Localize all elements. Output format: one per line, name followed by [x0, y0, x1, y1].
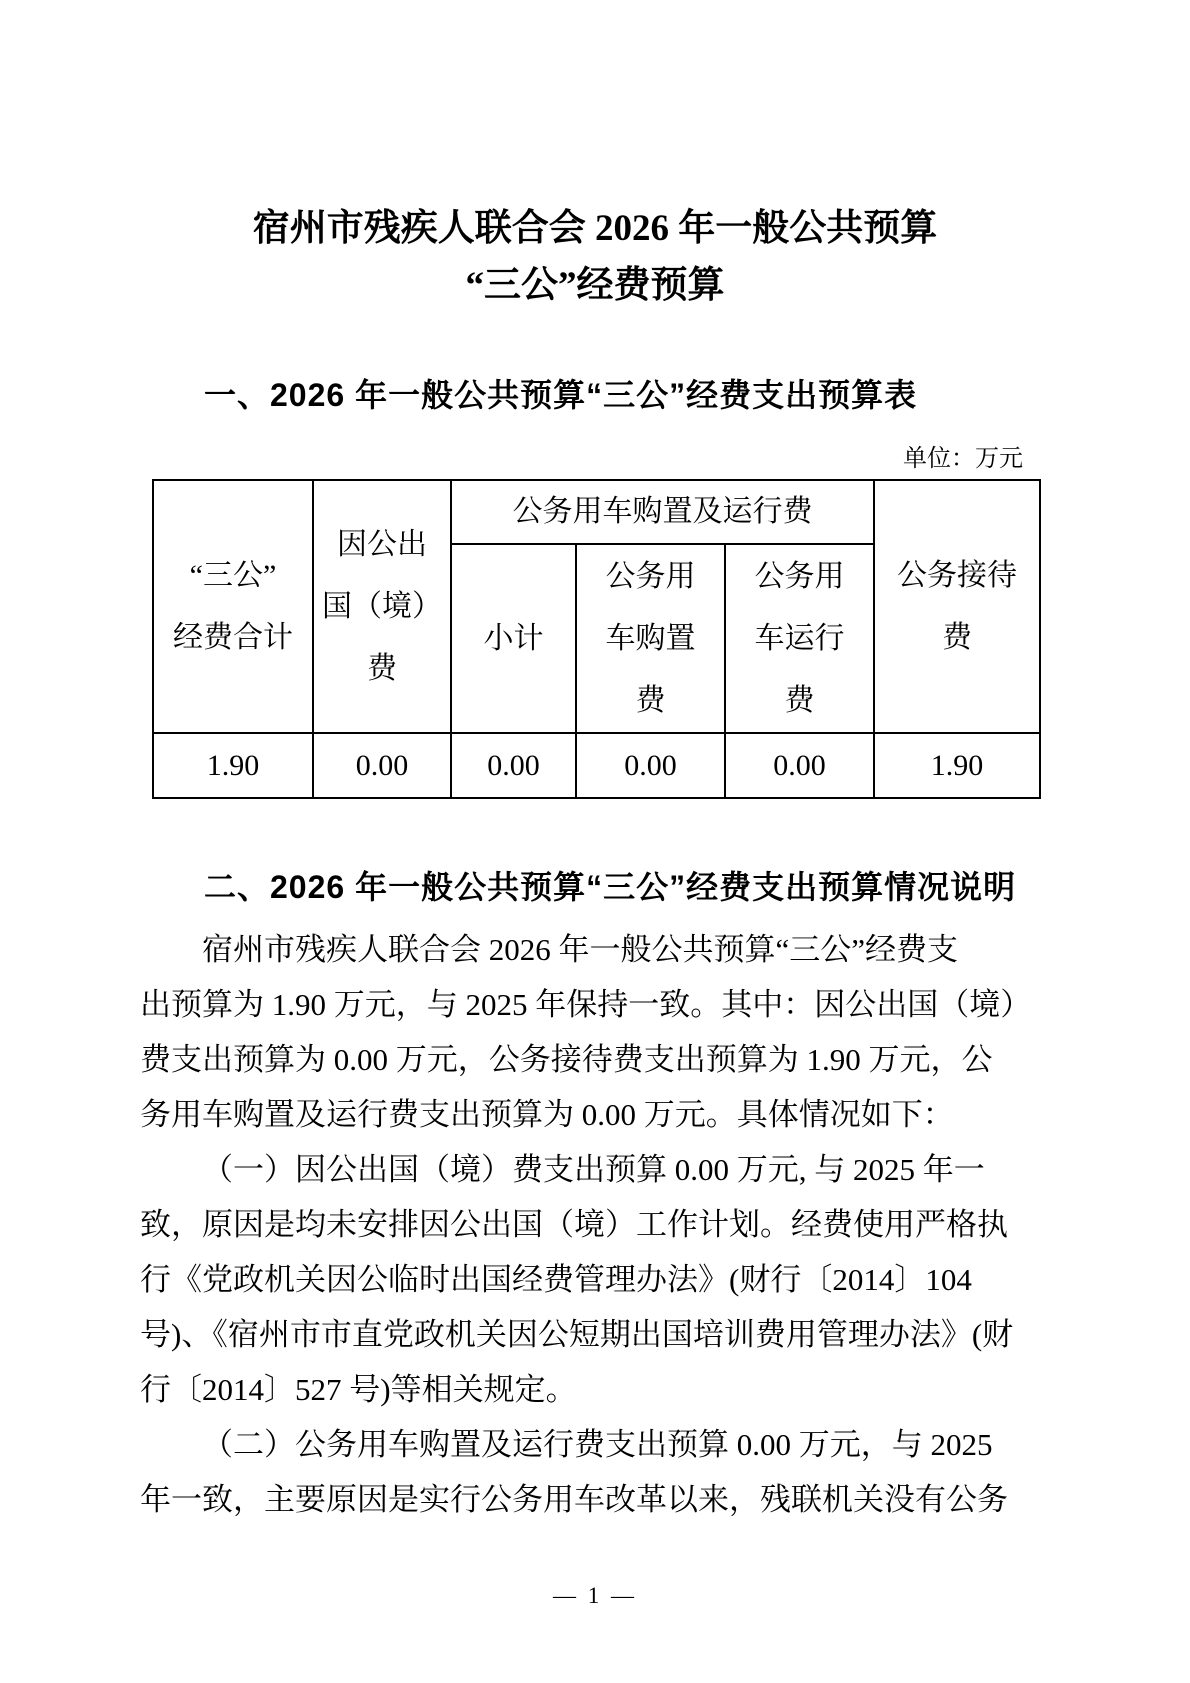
section-1-heading: 一、2026 年一般公共预算“三公”经费支出预算表 [140, 374, 1050, 416]
table-values-row: 1.90 0.00 0.00 0.00 0.00 1.90 [153, 733, 1040, 798]
document-title: 宿州市残疾人联合会 2026 年一般公共预算 “三公”经费预算 [140, 200, 1050, 314]
document-page: 宿州市残疾人联合会 2026 年一般公共预算 “三公”经费预算 一、2026 年… [0, 0, 1190, 1683]
value-cell-vehicle-subtotal: 0.00 [451, 733, 576, 798]
header-cell-total: “三公” 经费合计 [153, 480, 313, 733]
header-cell-abroad: 因公出 国（境） 费 [313, 480, 451, 733]
header-cell-reception: 公务接待 费 [874, 480, 1040, 733]
page-content: 宿州市残疾人联合会 2026 年一般公共预算 “三公”经费预算 一、2026 年… [0, 200, 1190, 1527]
page-number: — 1 — [0, 1583, 1190, 1609]
value-cell-reception: 1.90 [874, 733, 1040, 798]
value-cell-vehicle-purchase: 0.00 [576, 733, 725, 798]
value-cell-abroad: 0.00 [313, 733, 451, 798]
budget-table: “三公” 经费合计 因公出 国（境） 费 公务用车购置及运行费 公务接待 费 小… [152, 479, 1041, 799]
table-unit-note: 单位：万元 [140, 445, 1050, 473]
paragraph-abroad-expense: （一）因公出国（境）费支出预算 0.00 万元, 与 2025 年一 致，原因是… [140, 1142, 1052, 1417]
table-header-row-1: “三公” 经费合计 因公出 国（境） 费 公务用车购置及运行费 公务接待 费 [153, 480, 1040, 544]
paragraph-vehicle-expense: （二）公务用车购置及运行费支出预算 0.00 万元，与 2025 年一致，主要原… [140, 1417, 1052, 1527]
header-cell-vehicle-group: 公务用车购置及运行费 [451, 480, 874, 544]
section-2-heading: 二、2026 年一般公共预算“三公”经费支出预算情况说明 [140, 866, 1050, 908]
document-title-line-2: “三公”经费预算 [140, 257, 1050, 314]
section-2-body: 宿州市残疾人联合会 2026 年一般公共预算“三公”经费支 出预算为 1.90 … [140, 922, 1052, 1527]
paragraph-overview: 宿州市残疾人联合会 2026 年一般公共预算“三公”经费支 出预算为 1.90 … [140, 922, 1052, 1142]
header-cell-vehicle-purchase: 公务用 车购置 费 [576, 544, 725, 733]
value-cell-total: 1.90 [153, 733, 313, 798]
value-cell-vehicle-operation: 0.00 [725, 733, 874, 798]
document-title-line-1: 宿州市残疾人联合会 2026 年一般公共预算 [140, 200, 1050, 257]
header-cell-vehicle-operation: 公务用 车运行 费 [725, 544, 874, 733]
header-cell-vehicle-subtotal: 小计 [451, 544, 576, 733]
